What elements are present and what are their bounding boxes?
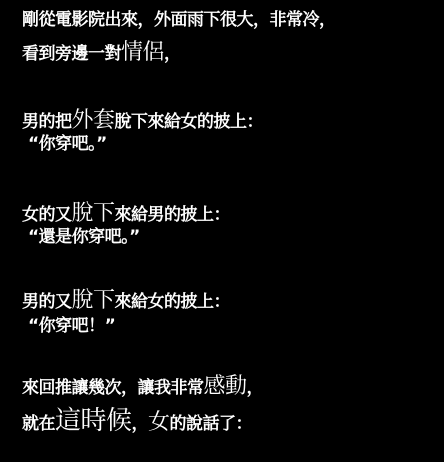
text: 看到旁邊一對 (22, 44, 121, 64)
text: 的說話了： (170, 414, 253, 434)
p2-line2: “你穿吧。” (28, 136, 107, 153)
text: 剛從電影院出來，外面雨下很大，非常冷， (22, 10, 336, 30)
text: ， (132, 414, 149, 434)
p4-line2: “你穿吧！” (28, 318, 115, 335)
p4-line1: 男的又脫下來給女的披上： (22, 290, 230, 312)
text: 男的把 (22, 112, 72, 132)
p2-line1: 男的把外套脫下來給女的披上： (22, 110, 263, 132)
emphasis-take-off: 脫下 (72, 201, 115, 226)
emphasis-this-time: 這時候 (55, 406, 132, 436)
text: 女的又 (22, 205, 72, 225)
p5-line1: 來回推讓幾次，讓我非常感動， (22, 376, 263, 398)
text: 脫下來給女的披上： (115, 112, 264, 132)
text: 來給女的披上： (115, 292, 231, 312)
text: 來給男的披上： (115, 205, 231, 225)
p3-line2: “還是你穿吧。” (28, 229, 140, 246)
emphasis-coat: 外套 (72, 108, 115, 133)
emphasis-moved: 感動 (204, 374, 247, 399)
text: “你穿吧。” (28, 134, 107, 154)
p3-line1: 女的又脫下來給男的披上： (22, 203, 230, 225)
emphasis-take-off: 脫下 (72, 288, 115, 313)
text: “你穿吧！” (28, 316, 115, 336)
p1-line2: 看到旁邊一對情侶， (22, 42, 181, 64)
p5-line2: 就在這時候，女的說話了： (22, 408, 252, 434)
emphasis-couple: 情侶 (121, 40, 164, 65)
text: ， (164, 44, 181, 64)
text: 男的又 (22, 292, 72, 312)
emphasis-woman: 女 (148, 410, 170, 435)
text: 來回推讓幾次，讓我非常 (22, 378, 204, 398)
text: 就在 (22, 414, 55, 434)
p1-line1: 剛從電影院出來，外面雨下很大，非常冷， (22, 12, 336, 29)
text: ， (247, 378, 264, 398)
text: “還是你穿吧。” (28, 227, 140, 247)
